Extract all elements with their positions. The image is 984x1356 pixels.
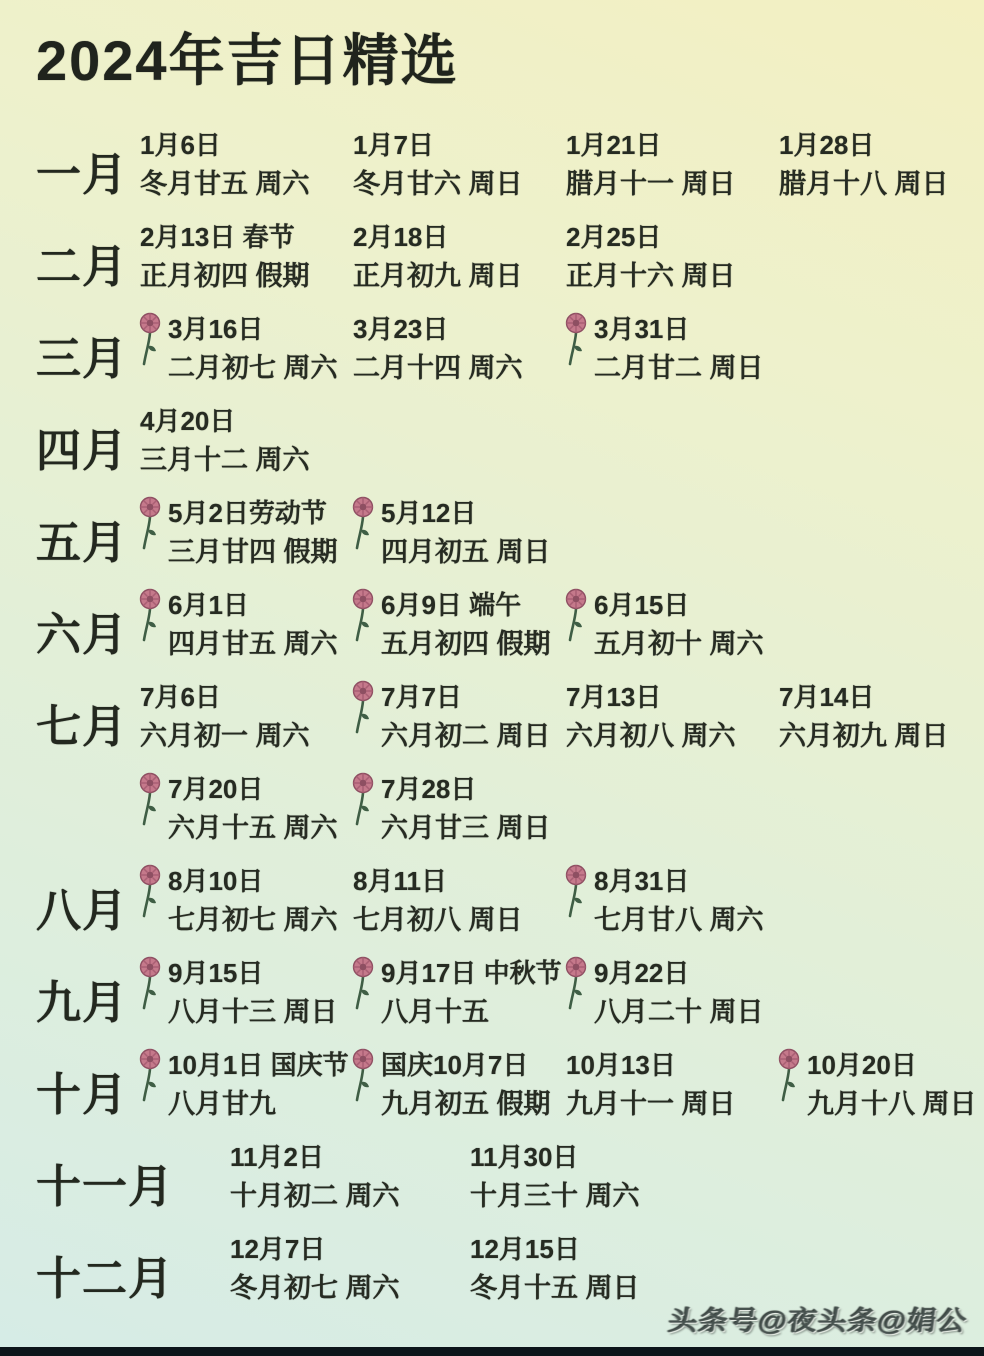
date-entry: 2月18日正月初九 周日	[353, 214, 566, 294]
date-entry: 7月28日六月甘三 周日	[353, 766, 566, 846]
flower-icon	[563, 312, 590, 370]
flower-icon	[137, 1048, 164, 1106]
lunar-date-weekday: 九月初五 假期	[381, 1088, 566, 1121]
gregorian-date: 8月31日	[594, 866, 779, 898]
date-entry: 9月15日八月十三 周日	[140, 950, 353, 1030]
lunar-date-weekday: 冬月甘五 周六	[140, 168, 353, 201]
date-entry: 3月16日二月初七 周六	[140, 306, 353, 386]
date-entry: 6月9日 端午五月初四 假期	[353, 582, 566, 662]
gregorian-date: 1月6日	[140, 130, 353, 162]
lunar-date-weekday: 冬月初七 周六	[230, 1272, 470, 1305]
date-entry: 3月23日二月十四 周六	[353, 306, 566, 386]
date-entry: 1月7日冬月甘六 周日	[353, 122, 566, 202]
date-entry: 5月12日四月初五 周日	[353, 490, 566, 570]
gregorian-date: 7月13日	[566, 682, 779, 714]
month-row: 七月7月6日六月初一 周六 7月7日六月初二 周日7月13日六月初八 周六7月1…	[0, 674, 984, 766]
gregorian-date: 5月2日劳动节	[168, 498, 353, 530]
date-entry: 7月13日六月初八 周六	[566, 674, 779, 754]
flower-icon	[350, 680, 377, 738]
gregorian-date: 10月20日	[807, 1050, 984, 1082]
month-label: 六月	[36, 598, 140, 663]
gregorian-date: 9月15日	[168, 958, 353, 990]
gregorian-date: 8月11日	[353, 866, 566, 898]
lunar-date-weekday: 九月十八 周日	[807, 1088, 984, 1121]
lunar-date-weekday: 正月初九 周日	[353, 260, 566, 293]
lunar-date-weekday: 三月十二 周六	[140, 444, 353, 477]
flower-icon	[563, 864, 590, 922]
flower-icon	[137, 588, 164, 646]
date-entry: 10月13日九月十一 周日	[566, 1042, 779, 1122]
lunar-date-weekday: 六月初九 周日	[779, 720, 984, 753]
gregorian-date: 11月30日	[470, 1142, 710, 1174]
month-row: 三月 3月16日二月初七 周六3月23日二月十四 周六 3月31日二月甘二 周日	[0, 306, 984, 398]
lunar-date-weekday: 五月初十 周六	[594, 628, 779, 661]
month-row-continuation: 7月20日六月十五 周六 7月28日六月甘三 周日	[0, 766, 984, 858]
month-label: 五月	[36, 506, 140, 571]
month-label: 十月	[36, 1058, 140, 1123]
lunar-date-weekday: 八月十三 周日	[168, 996, 353, 1029]
flower-icon	[350, 588, 377, 646]
date-entry: 7月20日六月十五 周六	[140, 766, 353, 846]
date-entry: 6月15日五月初十 周六	[566, 582, 779, 662]
month-label: 八月	[36, 874, 140, 939]
lunar-date-weekday: 七月初八 周日	[353, 904, 566, 937]
page-title: 2024年吉日精选	[0, 0, 984, 92]
flower-icon	[137, 496, 164, 554]
flower-icon	[350, 496, 377, 554]
date-entry: 1月21日腊月十一 周日	[566, 122, 779, 202]
flower-icon	[563, 956, 590, 1014]
month-row: 八月 8月10日七月初七 周六8月11日七月初八 周日 8月31日七月甘八 周六	[0, 858, 984, 950]
lunar-date-weekday: 八月十五	[381, 996, 566, 1029]
date-entry: 8月31日七月甘八 周六	[566, 858, 779, 938]
lunar-date-weekday: 八月甘九	[168, 1088, 353, 1121]
month-row: 二月2月13日 春节正月初四 假期2月18日正月初九 周日2月25日正月十六 周…	[0, 214, 984, 306]
lunar-date-weekday: 六月十五 周六	[168, 812, 353, 845]
gregorian-date: 国庆10月7日	[381, 1050, 566, 1082]
date-entry: 12月15日冬月十五 周日	[470, 1226, 710, 1306]
gregorian-date: 11月2日	[230, 1142, 470, 1174]
lunar-date-weekday: 二月十四 周六	[353, 352, 566, 385]
lunar-date-weekday: 腊月十八 周日	[779, 168, 984, 201]
gregorian-date: 7月6日	[140, 682, 353, 714]
date-entry: 9月17日 中秋节八月十五	[353, 950, 566, 1030]
date-entry: 11月30日十月三十 周六	[470, 1134, 710, 1214]
lunar-date-weekday: 六月初一 周六	[140, 720, 353, 753]
month-row: 一月1月6日冬月甘五 周六1月7日冬月甘六 周日1月21日腊月十一 周日1月28…	[0, 122, 984, 214]
lunar-date-weekday: 冬月甘六 周日	[353, 168, 566, 201]
date-entry: 2月13日 春节正月初四 假期	[140, 214, 353, 294]
gregorian-date: 1月7日	[353, 130, 566, 162]
date-entry: 11月2日十月初二 周六	[230, 1134, 470, 1214]
lunar-date-weekday: 十月初二 周六	[230, 1180, 470, 1213]
gregorian-date: 10月1日 国庆节	[168, 1050, 353, 1082]
gregorian-date: 6月15日	[594, 590, 779, 622]
gregorian-date: 7月20日	[168, 774, 353, 806]
lunar-date-weekday: 四月初五 周日	[381, 536, 566, 569]
lunar-date-weekday: 正月十六 周日	[566, 260, 779, 293]
gregorian-date: 1月21日	[566, 130, 779, 162]
lunar-date-weekday: 二月初七 周六	[168, 352, 353, 385]
watermark: 头条号@夜头条@娟公	[667, 1301, 971, 1339]
month-row: 四月4月20日三月十二 周六	[0, 398, 984, 490]
gregorian-date: 6月9日 端午	[381, 590, 566, 622]
gregorian-date: 8月10日	[168, 866, 353, 898]
lunar-date-weekday: 九月十一 周日	[566, 1088, 779, 1121]
flower-icon	[137, 864, 164, 922]
gregorian-date: 9月22日	[594, 958, 779, 990]
gregorian-date: 3月16日	[168, 314, 353, 346]
month-label: 三月	[36, 322, 140, 387]
flower-icon	[350, 956, 377, 1014]
flower-icon	[350, 1048, 377, 1106]
date-entry: 7月7日六月初二 周日	[353, 674, 566, 754]
month-row: 五月 5月2日劳动节三月甘四 假期 5月12日四月初五 周日	[0, 490, 984, 582]
date-entry: 6月1日四月甘五 周六	[140, 582, 353, 662]
flower-icon	[137, 772, 164, 830]
auspicious-days-poster: 2024年吉日精选 一月1月6日冬月甘五 周六1月7日冬月甘六 周日1月21日腊…	[0, 0, 984, 1356]
lunar-date-weekday: 六月初八 周六	[566, 720, 779, 753]
month-label: 一月	[36, 138, 140, 203]
lunar-date-weekday: 六月甘三 周日	[381, 812, 566, 845]
date-entry: 10月1日 国庆节八月甘九	[140, 1042, 353, 1122]
date-entry: 1月28日腊月十八 周日	[779, 122, 984, 202]
month-label: 四月	[36, 414, 140, 479]
date-entry: 7月14日六月初九 周日	[779, 674, 984, 754]
flower-icon	[563, 588, 590, 646]
date-entry: 5月2日劳动节三月甘四 假期	[140, 490, 353, 570]
flower-icon	[137, 312, 164, 370]
date-entry: 9月22日八月二十 周日	[566, 950, 779, 1030]
date-entry: 2月25日正月十六 周日	[566, 214, 779, 294]
gregorian-date: 6月1日	[168, 590, 353, 622]
calendar-rows: 一月1月6日冬月甘五 周六1月7日冬月甘六 周日1月21日腊月十一 周日1月28…	[0, 122, 984, 1318]
month-row: 九月 9月15日八月十三 周日 9月17日 中秋节八月十五 9月22日八月二十 …	[0, 950, 984, 1042]
lunar-date-weekday: 七月初七 周六	[168, 904, 353, 937]
month-row: 六月 6月1日四月甘五 周六 6月9日 端午五月初四 假期 6月15日五月初十 …	[0, 582, 984, 674]
month-label: 二月	[36, 230, 140, 295]
date-entry: 10月20日九月十八 周日	[779, 1042, 984, 1122]
gregorian-date: 12月7日	[230, 1234, 470, 1266]
gregorian-date: 3月23日	[353, 314, 566, 346]
gregorian-date: 7月28日	[381, 774, 566, 806]
date-entry: 8月11日七月初八 周日	[353, 858, 566, 938]
date-entry: 3月31日二月甘二 周日	[566, 306, 779, 386]
date-entry: 7月6日六月初一 周六	[140, 674, 353, 754]
gregorian-date: 10月13日	[566, 1050, 779, 1082]
month-row: 十一月11月2日十月初二 周六11月30日十月三十 周六	[0, 1134, 984, 1226]
month-label: 七月	[36, 690, 140, 755]
lunar-date-weekday: 八月二十 周日	[594, 996, 779, 1029]
gregorian-date: 3月31日	[594, 314, 779, 346]
month-row: 十月 10月1日 国庆节八月甘九 国庆10月7日九月初五 假期10月13日九月十…	[0, 1042, 984, 1134]
date-entry: 4月20日三月十二 周六	[140, 398, 353, 478]
gregorian-date: 4月20日	[140, 406, 353, 438]
gregorian-date: 7月14日	[779, 682, 984, 714]
date-entry: 8月10日七月初七 周六	[140, 858, 353, 938]
lunar-date-weekday: 七月甘八 周六	[594, 904, 779, 937]
gregorian-date: 2月13日 春节	[140, 222, 353, 254]
date-entry: 1月6日冬月甘五 周六	[140, 122, 353, 202]
flower-icon	[350, 772, 377, 830]
date-entry: 国庆10月7日九月初五 假期	[353, 1042, 566, 1122]
gregorian-date: 2月18日	[353, 222, 566, 254]
month-label: 十二月	[36, 1242, 230, 1307]
gregorian-date: 2月25日	[566, 222, 779, 254]
flower-icon	[776, 1048, 803, 1106]
flower-icon	[137, 956, 164, 1014]
lunar-date-weekday: 十月三十 周六	[470, 1180, 710, 1213]
gregorian-date: 1月28日	[779, 130, 984, 162]
lunar-date-weekday: 五月初四 假期	[381, 628, 566, 661]
lunar-date-weekday: 三月甘四 假期	[168, 536, 353, 569]
lunar-date-weekday: 正月初四 假期	[140, 260, 353, 293]
lunar-date-weekday: 四月甘五 周六	[168, 628, 353, 661]
date-entry: 12月7日冬月初七 周六	[230, 1226, 470, 1306]
lunar-date-weekday: 二月甘二 周日	[594, 352, 779, 385]
lunar-date-weekday: 六月初二 周日	[381, 720, 566, 753]
lunar-date-weekday: 腊月十一 周日	[566, 168, 779, 201]
gregorian-date: 12月15日	[470, 1234, 710, 1266]
month-label: 十一月	[36, 1150, 230, 1215]
gregorian-date: 9月17日 中秋节	[381, 958, 566, 990]
gregorian-date: 7月7日	[381, 682, 566, 714]
bottom-bar	[0, 1347, 984, 1356]
month-label: 九月	[36, 966, 140, 1031]
gregorian-date: 5月12日	[381, 498, 566, 530]
